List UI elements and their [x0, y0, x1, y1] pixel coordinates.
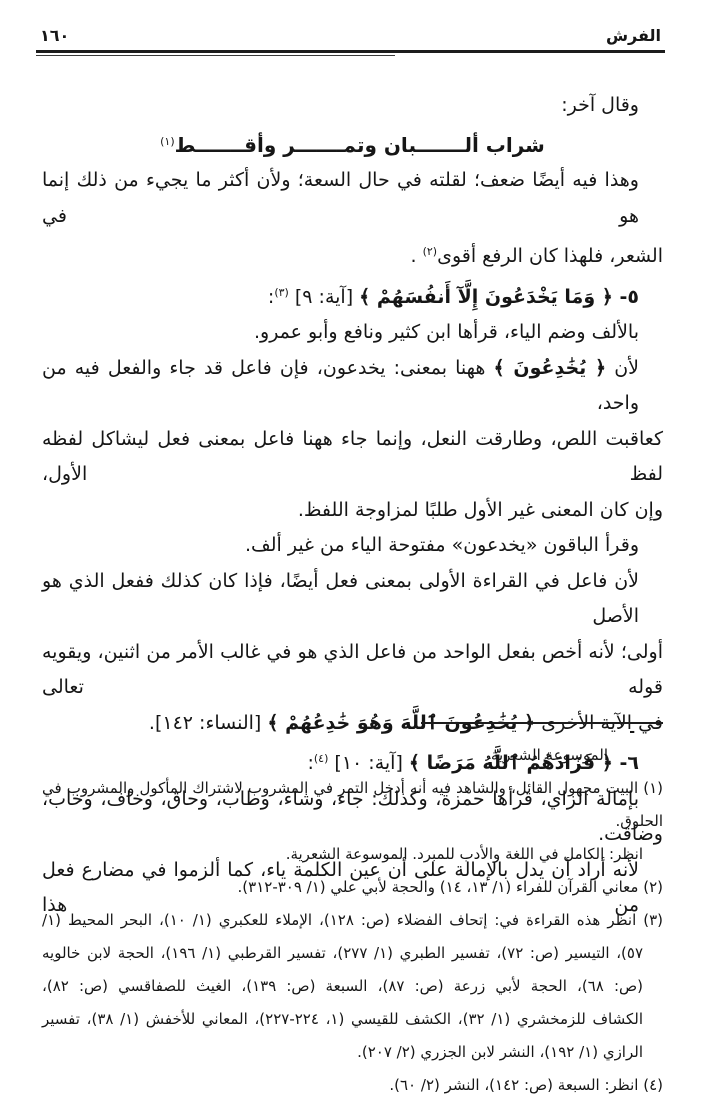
- footnote-1-line: انظر: الكامل في اللغة والأدب للمبرد. الم…: [42, 838, 663, 871]
- header-rule: [36, 55, 395, 56]
- text-segment: كعاقبت اللص، وطارقت النعل، وإنما جاء ههن…: [42, 428, 663, 486]
- text-segment: ٥٧)، التيسير (ص: ٧٢)، تفسير الطبري (١/ ٢…: [42, 944, 643, 962]
- footnote-separator: [421, 722, 663, 724]
- footnote-source-label: الموسوعة الشعرية: [42, 739, 663, 772]
- text-segment: انظر: الكامل في اللغة والأدب للمبرد. الم…: [286, 845, 643, 863]
- quran-verse: ﴿ وَمَا يَخْدَعُونَ إِلَّآ أَنفُسَهُمْ ﴾: [359, 286, 613, 308]
- paragraph-reading-line: وقرأ الباقون «يخدعون» مفتوحة الياء من غي…: [42, 528, 663, 564]
- text-segment: (١) البيت مجهول القائل، والشاهد فيه أنه …: [42, 779, 663, 830]
- footnote-3-line: (ص: ٦٨)، الحجة لأبي زرعة (ص: ٨٧)، السبعة…: [42, 970, 663, 1003]
- running-head: الفرش ١٦٠: [36, 26, 665, 53]
- text-segment: وهذا فيه أيضًا ضعف؛ لقلته في حال السعة؛ …: [42, 169, 639, 227]
- footnote-4-line: (٤) انظر: السبعة (ص: ١٤٢)، النشر (٢/ ٦٠)…: [42, 1069, 663, 1102]
- book-page: الفرش ١٦٠ وقال آخر:شراب ألـــــــبان وتم…: [0, 0, 703, 1102]
- text-segment: لأن: [606, 357, 639, 379]
- paragraph-reading-line: بالألف وضم الياء، قرأها ابن كثير ونافع و…: [42, 315, 663, 351]
- text-segment: وقال آخر:: [561, 94, 639, 116]
- paragraph-commentary-line: الشعر، فلهذا كان الرفع أقوى(٢) .: [42, 234, 663, 275]
- footnotes-list: الموسوعة الشعرية(١) البيت مجهول القائل، …: [42, 739, 663, 1102]
- text-segment: بالألف وضم الياء، قرأها ابن كثير ونافع و…: [254, 321, 639, 343]
- text-segment: .: [410, 245, 422, 267]
- footnote-marker: (٣): [274, 286, 289, 299]
- text-segment: (ص: ٦٨)، الحجة لأبي زرعة (ص: ٨٧)، السبعة…: [42, 977, 643, 995]
- footnote-3-line: الكشاف للزمخشري (١/ ٣٢)، الكشف للقيسي (١…: [42, 1003, 663, 1036]
- paragraph-commentary-line: وهذا فيه أيضًا ضعف؛ لقلته في حال السعة؛ …: [42, 163, 663, 234]
- text-segment: الموسوعة الشعرية: [491, 746, 608, 764]
- text-segment: أولى؛ لأنه أخص بفعل الواحد من فاعل الذي …: [42, 641, 663, 699]
- text-segment: لأن فاعل في القراءة الأولى بمعنى فعل أيض…: [42, 570, 639, 628]
- paragraph-argument-line: لأن فاعل في القراءة الأولى بمعنى فعل أيض…: [42, 564, 663, 635]
- item-number: ٥-: [613, 286, 639, 308]
- footnote-3-line: (٣) انظر هذه القراءة في: إتحاف الفضلاء (…: [42, 904, 663, 937]
- text-segment: [آية: ٩]: [289, 286, 359, 308]
- text-segment: شراب ألـــــــبان وتمـــــــر وأقـــــــ…: [175, 133, 545, 157]
- page-number: ١٦٠: [40, 26, 69, 45]
- paragraph-argument-line: أولى؛ لأنه أخص بفعل الواحد من فاعل الذي …: [42, 635, 663, 706]
- footnote-3-line: ٥٧)، التيسير (ص: ٧٢)، تفسير الطبري (١/ ٢…: [42, 937, 663, 970]
- text-segment: (٣) انظر هذه القراءة في: إتحاف الفضلاء (…: [42, 911, 663, 929]
- page-header: الفرش ١٦٠: [36, 26, 665, 56]
- text-segment: الرازي (١/ ١٩٢)، النشر لابن الجزري (٢/ ٢…: [357, 1043, 643, 1061]
- text-segment: وقرأ الباقون «يخدعون» مفتوحة الياء من غي…: [245, 534, 639, 556]
- footnote-2-line: (٢) معاني القرآن للفراء (١/ ١٣، ١٤) والح…: [42, 871, 663, 904]
- text-segment: الشعر، فلهذا كان الرفع أقوى: [437, 245, 663, 267]
- poetry-verse: شراب ألـــــــبان وتمـــــــر وأقـــــــ…: [42, 124, 663, 164]
- section-title: الفرش: [606, 26, 661, 45]
- quran-verse: ﴿ يُخَٰدِعُونَ ﴾: [494, 357, 607, 379]
- footnote-3-line: الرازي (١/ ١٩٢)، النشر لابن الجزري (٢/ ٢…: [42, 1036, 663, 1069]
- text-segment: (٢) معاني القرآن للفراء (١/ ١٣، ١٤) والح…: [238, 878, 663, 896]
- footnotes-section: - الموسوعة الشعرية(١) البيت مجهول القائل…: [42, 722, 663, 1102]
- text-segment: الكشاف للزمخشري (١/ ٣٢)، الكشف للقيسي (١…: [42, 1010, 643, 1028]
- text-segment: وإن كان المعنى غير الأول طلبًا لمزاوجة ا…: [298, 499, 663, 521]
- reading-heading-5: ٥- ﴿ وَمَا يَخْدَعُونَ إِلَّآ أَنفُسَهُم…: [42, 275, 663, 316]
- paragraph-argument-line: وإن كان المعنى غير الأول طلبًا لمزاوجة ا…: [42, 493, 663, 529]
- footnote-1-line: (١) البيت مجهول القائل، والشاهد فيه أنه …: [42, 772, 663, 838]
- footnote-dash: -: [42, 725, 663, 739]
- footnote-marker: (١): [160, 135, 175, 148]
- text-segment: (٤) انظر: السبعة (ص: ١٤٢)، النشر (٢/ ٦٠)…: [389, 1076, 663, 1094]
- footnote-marker: (٢): [423, 245, 438, 258]
- paragraph-intro-poet: وقال آخر:: [42, 88, 663, 124]
- paragraph-argument-line: لأن ﴿ يُخَٰدِعُونَ ﴾ ههنا بمعنى: يخدعون،…: [42, 351, 663, 422]
- paragraph-argument-line: كعاقبت اللص، وطارقت النعل، وإنما جاء ههن…: [42, 422, 663, 493]
